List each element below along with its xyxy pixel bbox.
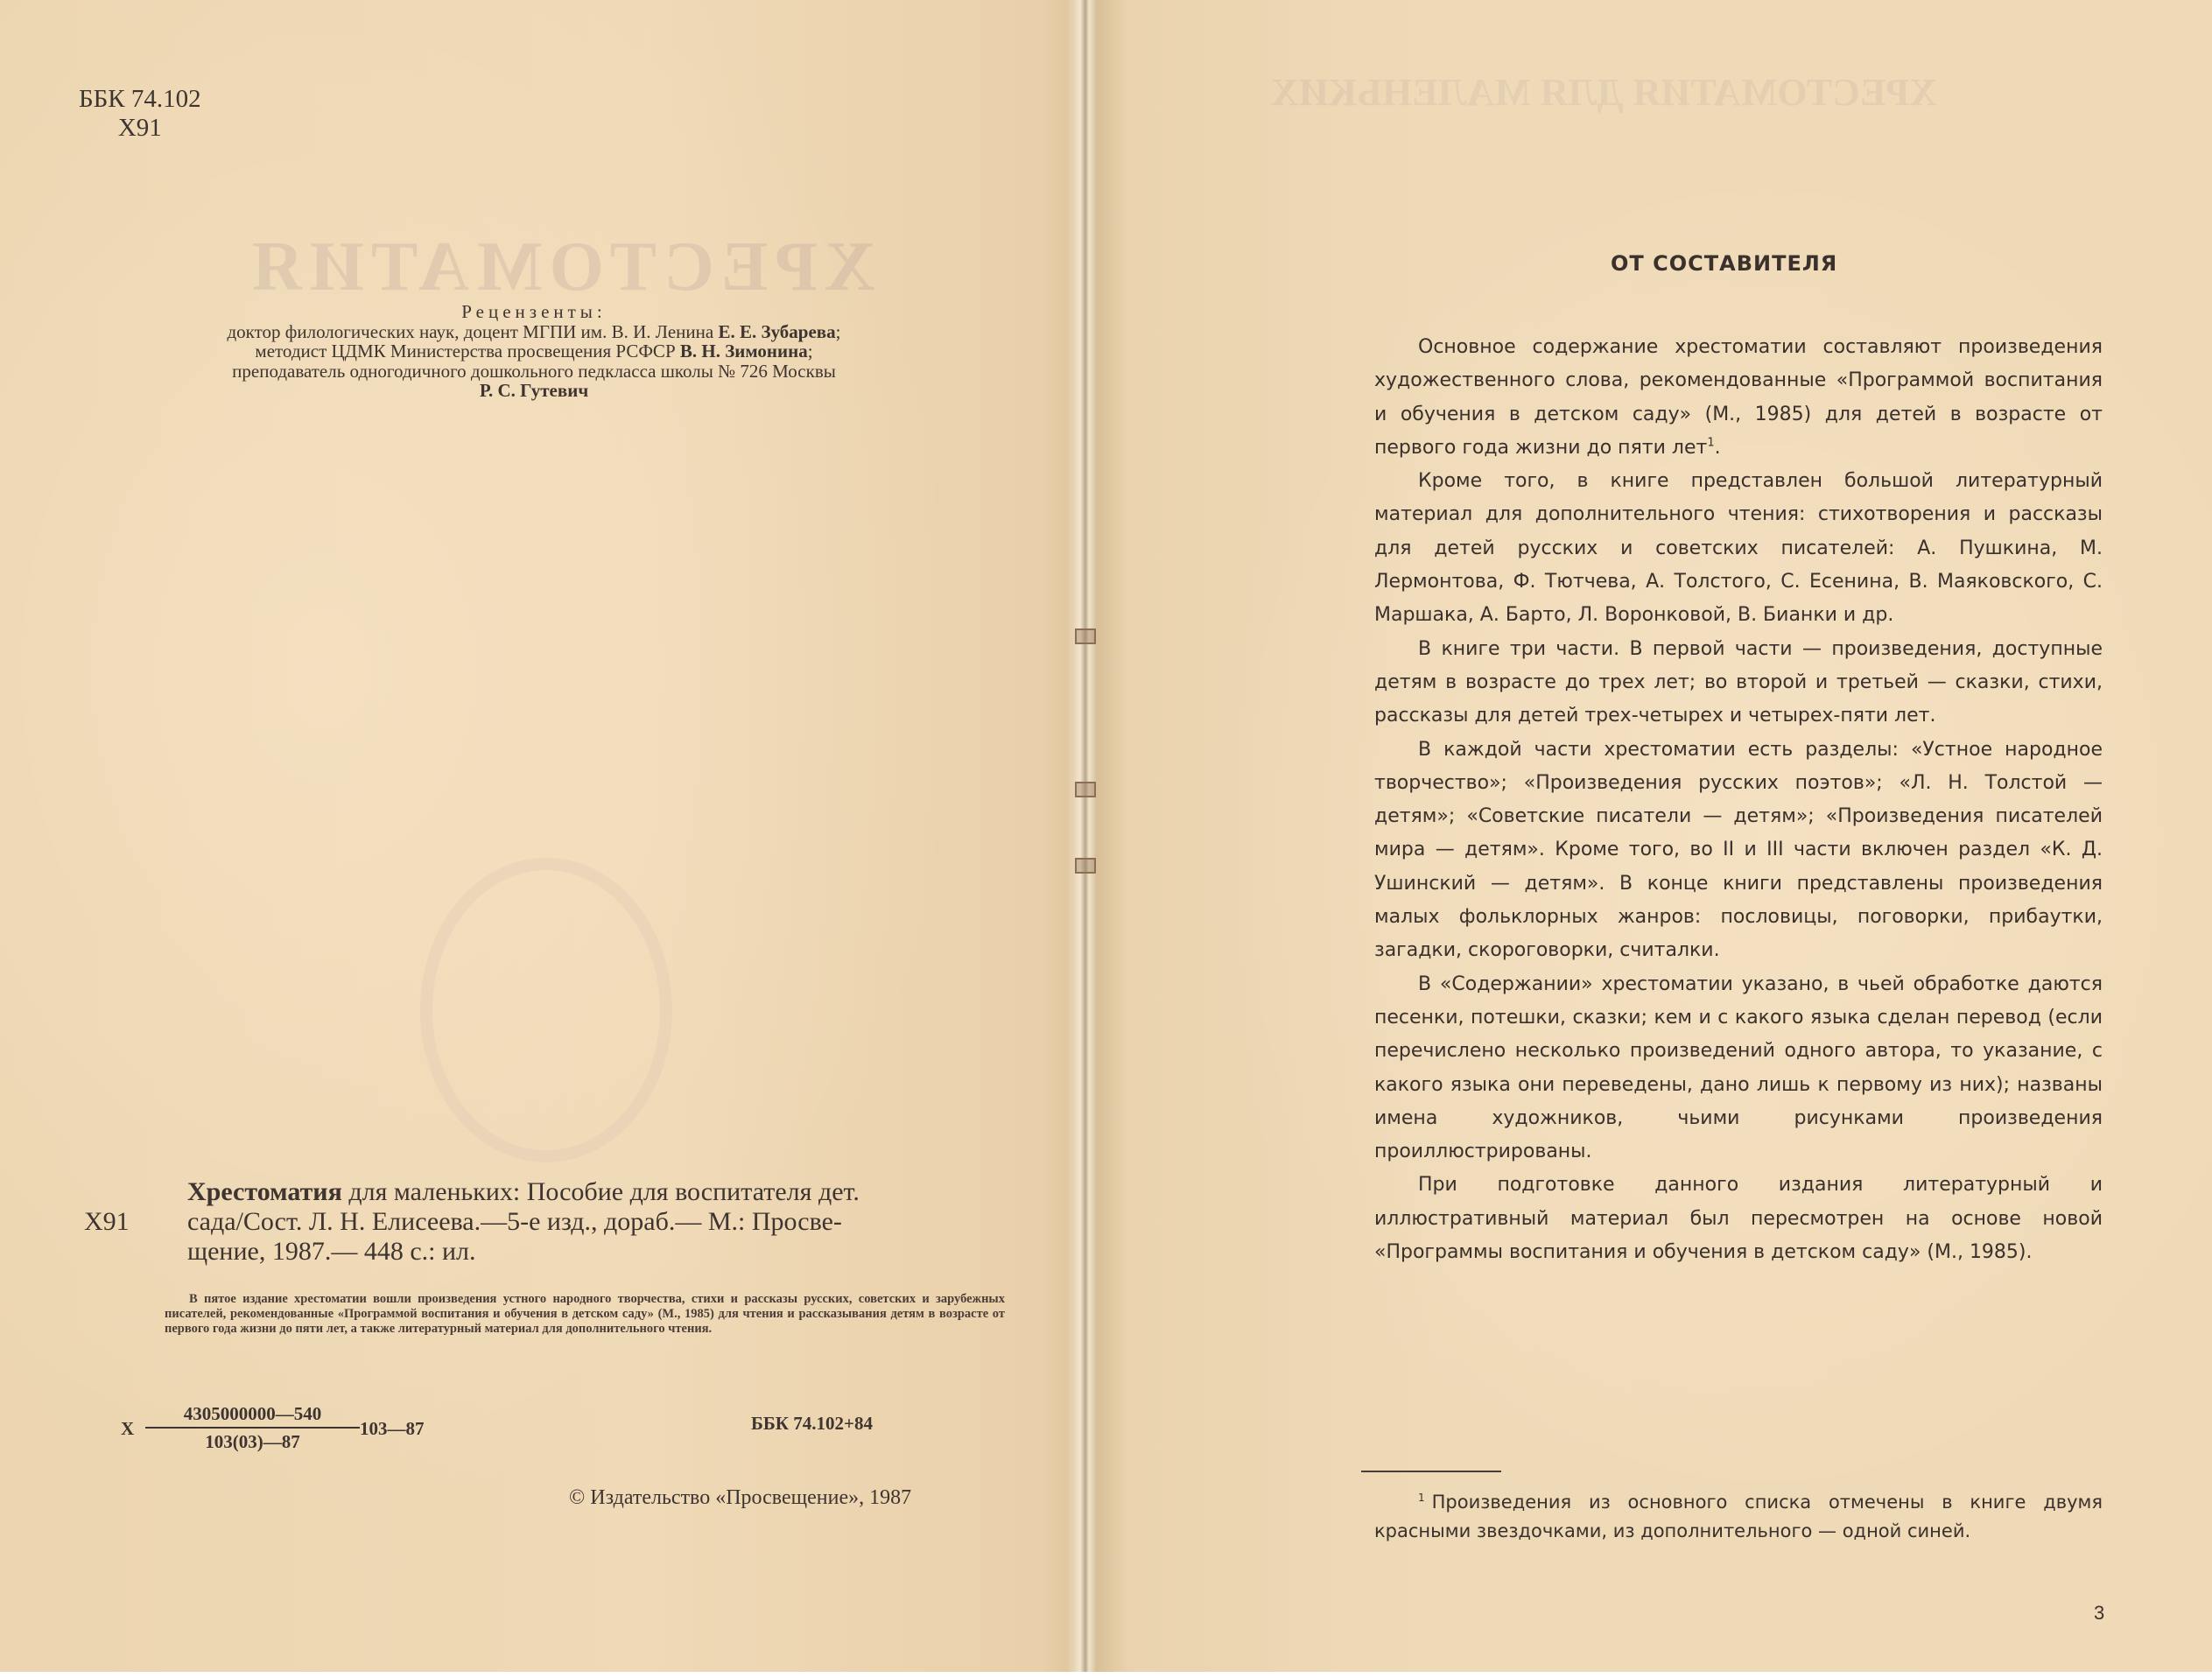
footnote-divider	[1361, 1471, 1501, 1472]
bbk-full-code: ББК 74.102+84	[751, 1413, 873, 1435]
reviewer-line: Р. С. Гутевич	[53, 381, 1015, 401]
show-through-text: ХРЕСТОМАТИЯ ДЛЯ МАЛЕНЬКИХ	[1271, 70, 1937, 115]
catalog-code: Х91	[84, 1207, 187, 1237]
staple-mark	[1075, 628, 1096, 644]
paragraph: Основное содержание хрестоматии составля…	[1374, 331, 2103, 465]
preface-body: Основное содержание хрестоматии составля…	[1374, 331, 2103, 1269]
reviewer-name: Е. Е. Зубарева	[718, 321, 835, 342]
reviewer-line: методист ЦДМК Министерства просвещения Р…	[53, 341, 1015, 362]
reviewer-name: Р. С. Гутевич	[480, 380, 588, 401]
footnote-ref: 1	[1707, 437, 1714, 450]
staple-mark	[1075, 858, 1096, 874]
page-number: 3	[2094, 1602, 2104, 1625]
formula-denominator: 103(03)—87	[145, 1429, 360, 1453]
reviewer-line: преподаватель одногодичного дошкольного …	[53, 362, 1015, 382]
formula-numerator: 4305000000—540	[145, 1403, 360, 1429]
paragraph: При подготовке данного издания литератур…	[1374, 1169, 2103, 1269]
reviewers-heading: Рецензенты:	[53, 302, 1015, 322]
bbk-code: ББК 74.102	[79, 85, 201, 114]
reviewer-name: В. Н. Зимонина	[680, 341, 808, 362]
show-through-title: ХРЕСТОМАТИЯ	[245, 228, 875, 307]
author-mark: Х91	[79, 114, 201, 143]
section-heading: ОТ СОСТАВИТЕЛЯ	[1611, 251, 1837, 276]
reviewer-line: доктор филологических наук, доцент МГПИ …	[53, 322, 1015, 342]
left-page: ХРЕСТОМАТИЯ ББК 74.102 Х91 Рецензенты: д…	[0, 0, 1085, 1672]
scan-border	[0, 1672, 2212, 1678]
bbk-classification: ББК 74.102 Х91	[79, 85, 201, 143]
paragraph: В каждой части хрестоматии есть разделы:…	[1374, 734, 2103, 968]
book-spread: ХРЕСТОМАТИЯ ББК 74.102 Х91 Рецензенты: д…	[0, 0, 2212, 1672]
reviewers-block: Рецензенты: доктор филологических наук, …	[53, 302, 1015, 401]
staple-mark	[1075, 782, 1096, 797]
show-through-ornament	[420, 858, 672, 1162]
paragraph: В «Содержании» хрестоматии указано, в чь…	[1374, 968, 2103, 1169]
copyright-notice: © Издательство «Просвещение», 1987	[569, 1486, 911, 1510]
footnote-marker: 1	[1418, 1492, 1425, 1504]
footnote: 1Произведения из основного списка отмече…	[1374, 1488, 2103, 1546]
book-title: Хрестоматия	[187, 1177, 342, 1206]
annotation-text: В пятое издание хрестоматии вошли произв…	[165, 1292, 1005, 1337]
catalog-entry: Хрестоматия для маленьких: Пособие для в…	[84, 1177, 1003, 1267]
paragraph: В книге три части. В первой части — прои…	[1374, 633, 2103, 734]
paragraph: Кроме того, в книге представлен большой …	[1374, 465, 2103, 632]
